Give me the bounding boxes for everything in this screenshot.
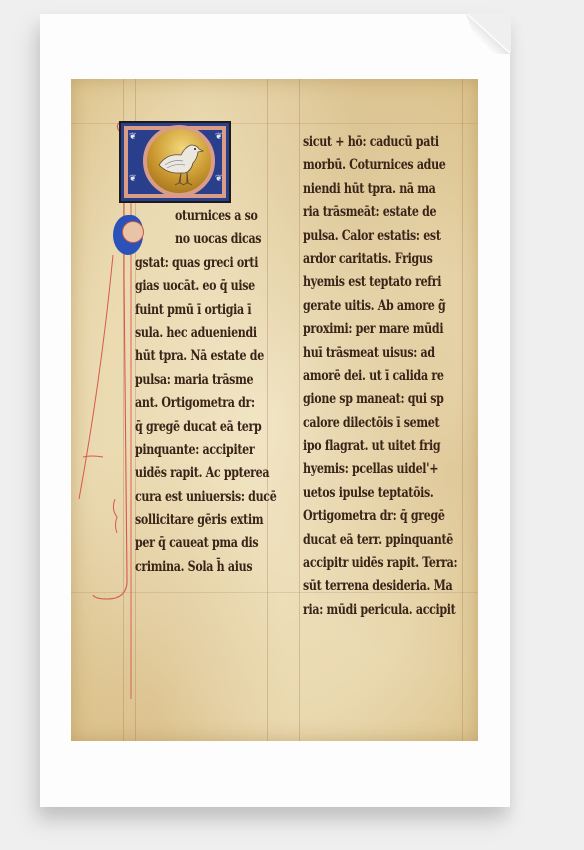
text-line: uetos ipulse teptatōis. [303, 482, 457, 505]
text-line: sicut + hō: caducū pati [303, 131, 457, 154]
text-line: ria trāsmeāt: estate de [303, 201, 457, 224]
text-line: gione sp maneat: qui sp [303, 388, 457, 411]
text-line: amorē dei. ut ī calida re [303, 365, 457, 388]
text-line: pinquante: accipiter [135, 439, 276, 462]
text-line: ant. Ortigometra dr: [135, 392, 276, 415]
text-line: hyemis est teptato refri [303, 271, 457, 294]
text-line: fuint pmū ī ortigia ī [135, 299, 276, 322]
text-line: crimina. Sola h̄ aius [135, 556, 276, 579]
text-line: gias uocāt. eo q̄ uise [135, 275, 276, 298]
text-line: morbū. Coturnices adue [303, 154, 457, 177]
text-line: pulsa: maria trāsme [135, 369, 276, 392]
text-line: proximi: per mare mūdi [303, 318, 457, 341]
print-card: ❦ ❦ ❦ ❦ oturnices a so no uocas dicas gs… [40, 14, 510, 807]
historiated-initial: ❦ ❦ ❦ ❦ [119, 121, 231, 203]
bird-icon [147, 129, 211, 193]
text-line: sūt terrena desideria. Ma [303, 575, 457, 598]
text-line: no uocas dicas [175, 228, 284, 251]
text-line: hūt tpra. Nā estate de [135, 345, 276, 368]
text-line: sula. hec adueniendi [135, 322, 276, 345]
text-line: pulsa. Calor estatis: est [303, 225, 457, 248]
text-line: uidēs rapit. Ac ppterea [135, 462, 276, 485]
text-line: ardor caritatis. Frigus [303, 248, 457, 271]
text-line: niendi hūt tpra. nā ma [303, 178, 457, 201]
text-line: ducat eā terr. ppinquantē [303, 529, 457, 552]
text-column-right: sicut + hō: caducū pati morbū. Coturnice… [303, 131, 478, 622]
text-line: hyemis: pcellas uidel'+ [303, 458, 457, 481]
text-line: sollicitare gēris extim [135, 509, 276, 532]
text-line: accipitr uidēs rapit. Terra: [303, 552, 457, 575]
text-line: gstat: quas greci orti [135, 252, 276, 275]
text-line: oturnices a so [175, 205, 284, 228]
text-line: cura est uniuersis: ducē [135, 486, 276, 509]
text-line: ipo flagrat. ut uitet frig [303, 435, 457, 458]
manuscript-leaf: ❦ ❦ ❦ ❦ oturnices a so no uocas dicas gs… [71, 79, 478, 741]
gold-roundel [143, 125, 215, 197]
text-line: q̄ gregē ducat eā terp [135, 416, 276, 439]
text-line: calore dilectōis ī semet [303, 412, 457, 435]
text-line: per q̄ caueat pma dis [135, 532, 276, 555]
text-line: huī trāsmeat uisus: ad [303, 342, 457, 365]
text-line: gerate uitis. Ab amore g̃ [303, 295, 457, 318]
text-line: ria: mūdi pericula. accipit [303, 599, 457, 622]
text-line: Ortigometra dr: q̄ gregē [303, 505, 457, 528]
text-column-left: oturnices a so no uocas dicas gstat: qua… [135, 205, 307, 579]
